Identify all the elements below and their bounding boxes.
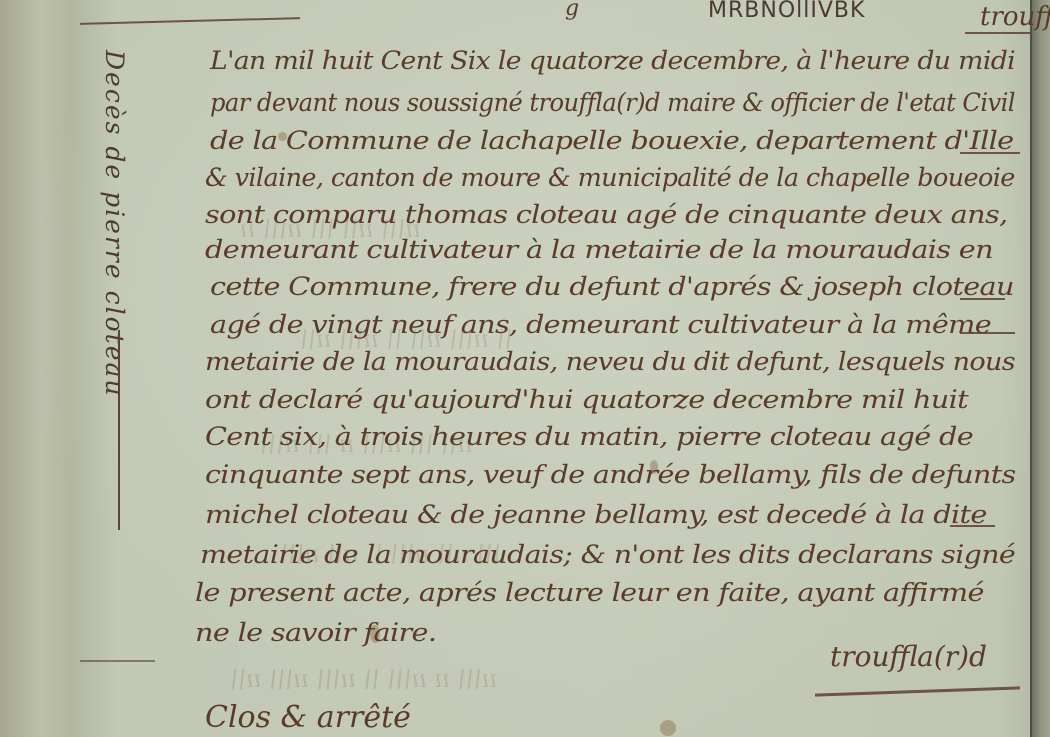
page-edge	[1030, 0, 1050, 737]
record-line: agé de vingt neuf ans, demeurant cultiva…	[210, 310, 991, 339]
record-line: par devant nous soussigné trouffla(r)d m…	[210, 88, 1015, 117]
record-line: Cent six, à trois heures du matin, pierr…	[205, 422, 973, 451]
previous-entry-signature: MRBNOllIVBK	[708, 0, 865, 23]
record-line: ont declaré qu'aujourd'hui quatorze dece…	[205, 385, 968, 414]
line-filler-rule	[960, 332, 1015, 334]
record-line: metairie de la mouraudais; & n'ont les d…	[200, 540, 1015, 569]
previous-entry-signature-right: trouff	[980, 2, 1050, 32]
record-line: de la Commune de lachapelle bouexie, dep…	[210, 126, 1013, 155]
line-filler-rule	[960, 298, 1005, 300]
record-line: cette Commune, frere du defunt d'aprés &…	[210, 272, 1014, 301]
ink-stain	[660, 720, 676, 736]
previous-entry-signature-underline	[965, 32, 1030, 34]
record-line: le present acte, aprés lecture leur en f…	[195, 578, 984, 607]
record-line: metairie de la mouraudais, neveu du dit …	[205, 347, 1015, 376]
record-line: demeurant cultivateur à la metairie de l…	[205, 235, 993, 264]
record-line: michel cloteau & de jeanne bellamy, est …	[205, 500, 987, 529]
page-gutter-shadow	[0, 0, 110, 737]
line-filler-rule	[950, 525, 995, 527]
record-line: L'an mil huit Cent Six le quatorze decem…	[210, 46, 1015, 75]
line-filler-rule	[960, 152, 1020, 154]
record-line: ne le savoir faire.	[195, 618, 436, 647]
closing-text: Clos & arrêté	[205, 700, 411, 735]
line-filler-rule	[80, 660, 155, 662]
margin-rule	[118, 330, 120, 530]
officer-signature: trouffla(r)d	[830, 640, 987, 673]
record-line: cinquante sept ans, veuf de andrée bella…	[205, 460, 1015, 489]
record-line: sont comparu thomas cloteau agé de cinqu…	[205, 200, 1007, 229]
previous-entry-fragment: g	[565, 0, 579, 21]
record-line: & vilaine, canton de moure & municipalit…	[205, 163, 1015, 192]
margin-note: Decès de pierre cloteau	[100, 50, 129, 398]
bleed-through-text: ıı\\\ ıı ıı\\\ \\ ıı\\\ ıı\\\ ıı\\	[230, 665, 497, 693]
